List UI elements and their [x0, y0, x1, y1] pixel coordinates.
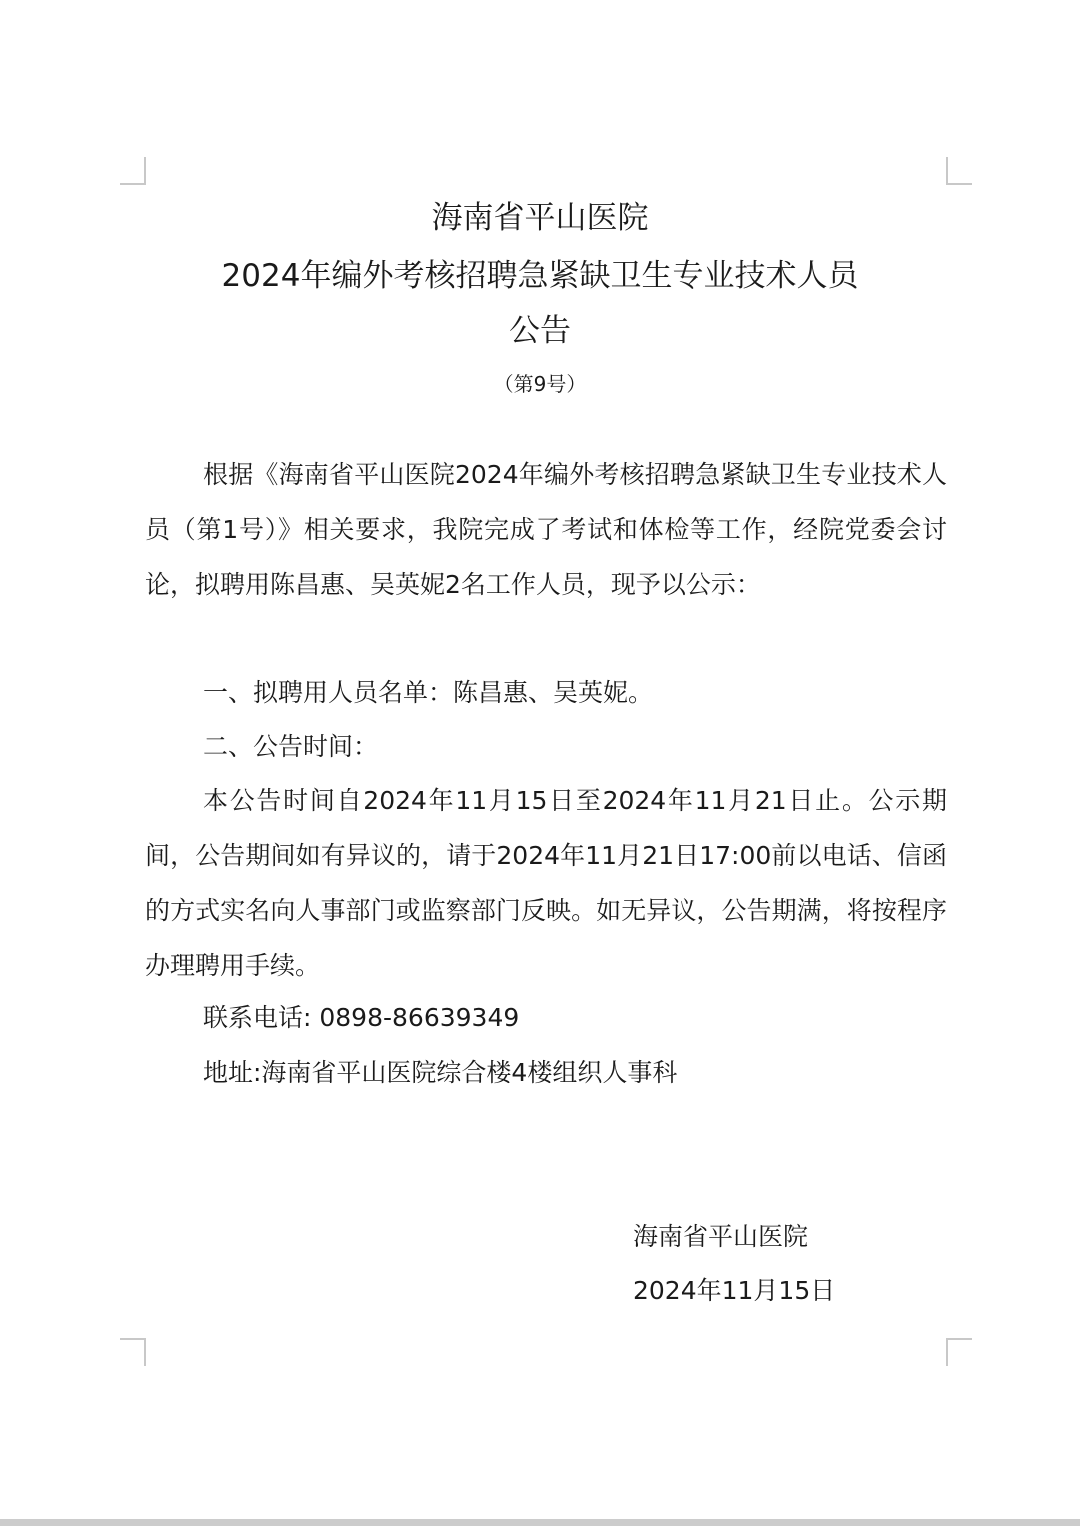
title-notice: 公告: [0, 305, 1080, 350]
section-candidate-list: 一、拟聘用人员名单：陈昌惠、吴英妮。: [203, 665, 653, 720]
intro-paragraph: 根据《海南省平山医院2024年编外考核招聘急紧缺卫生专业技术人员（第1号）》相关…: [145, 447, 947, 612]
bottom-scroll-bar: [0, 1519, 1080, 1526]
contact-phone: 联系电话: 0898-86639349: [203, 990, 519, 1045]
signature-organization: 海南省平山医院: [633, 1209, 808, 1264]
document-page: 海南省平山医院 2024年编外考核招聘急紧缺卫生专业技术人员 公告 （第9号） …: [0, 0, 1080, 1519]
signature-date: 2024年11月15日: [633, 1263, 835, 1318]
page-corner-mark-bottom-left: [120, 1338, 146, 1366]
notice-period-paragraph: 本公告时间自2024年11月15日至2024年11月21日止。公示期间，公告期间…: [145, 773, 947, 993]
title-subject: 2024年编外考核招聘急紧缺卫生专业技术人员: [0, 250, 1080, 295]
page-corner-mark-top-right: [946, 157, 972, 185]
page-corner-mark-top-left: [120, 157, 146, 185]
section-notice-period-heading: 二、公告时间：: [203, 719, 378, 774]
page-corner-mark-bottom-right: [946, 1338, 972, 1366]
contact-address: 地址:海南省平山医院综合楼4楼组织人事科: [203, 1045, 677, 1100]
issue-number: （第9号）: [0, 368, 1080, 397]
title-organization: 海南省平山医院: [0, 192, 1080, 237]
